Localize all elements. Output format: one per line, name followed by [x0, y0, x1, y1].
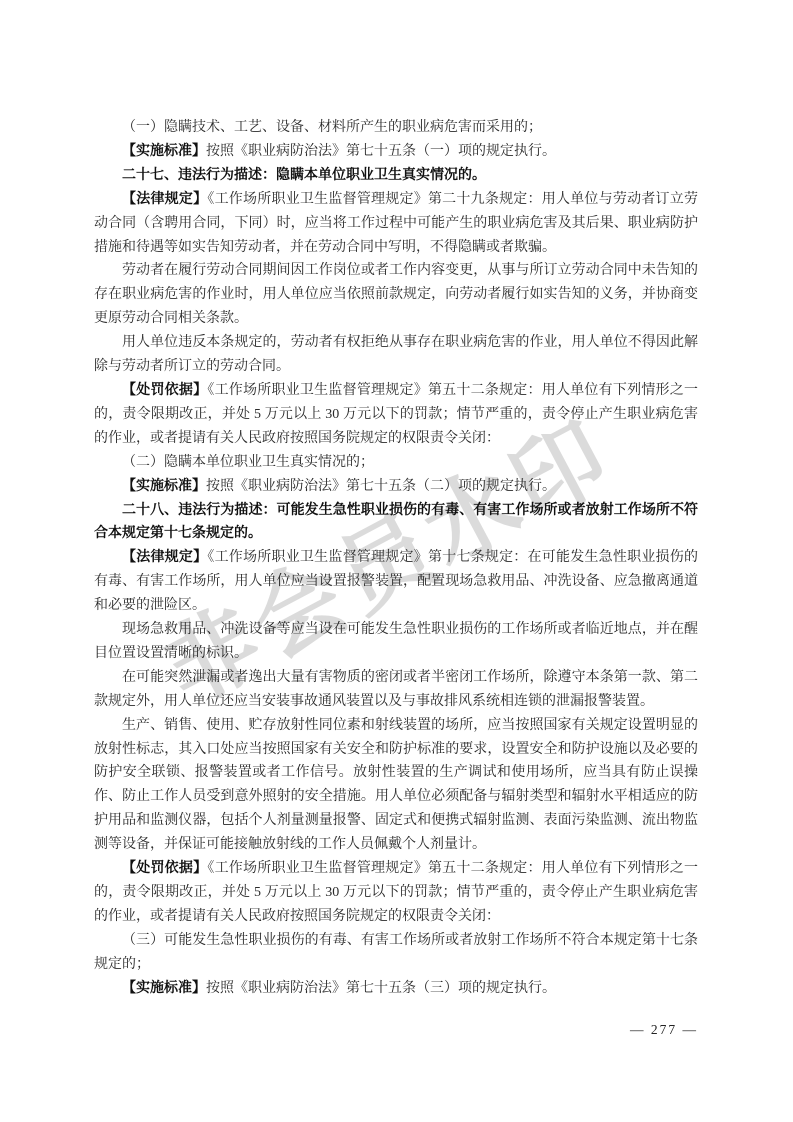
page-number: — 277 — — [630, 1022, 698, 1038]
list-item-paragraph: （三）可能发生急性职业损伤的有毒、有害工作场所或者放射工作场所不符合本规定第十七… — [94, 929, 698, 977]
list-item-paragraph: （一）隐瞒技术、工艺、设备、材料所产生的职业病危害而采用的； — [94, 116, 698, 140]
paragraph-text: 生产、销售、使用、贮存放射性同位素和射线装置的场所，应当按照国家有关规定设置明显… — [94, 718, 698, 853]
paragraph-text: 二十七、违法行为描述：隐瞒本单位职业卫生真实情况的。 — [122, 168, 486, 183]
document-page: 非会员水印 （一）隐瞒技术、工艺、设备、材料所产生的职业病危害而采用的； 【实施… — [0, 0, 793, 1122]
body-paragraph: 在可能突然泄漏或者逸出大量有害物质的密闭或者半密闭工作场所，除遵守本条第一款、第… — [94, 666, 698, 714]
violation-heading-28: 二十八、违法行为描述：可能发生急性职业损伤的有毒、有害工作场所或者放射工作场所不… — [94, 499, 698, 547]
paragraph-text: 现场急救用品、冲洗设备等应当设在可能发生急性职业损伤的工作场所或者临近地点，并在… — [94, 622, 698, 661]
implementation-standard-paragraph: 【实施标准】按照《职业病防治法》第七十五条（一）项的规定执行。 — [94, 140, 698, 164]
penalty-basis-paragraph: 【处罚依据】《工作场所职业卫生监督管理规定》第五十二条规定：用人单位有下列情形之… — [94, 857, 698, 929]
paragraph-text: 按照《职业病防治法》第七十五条（三）项的规定执行。 — [206, 981, 556, 996]
implementation-standard-paragraph: 【实施标准】按照《职业病防治法》第七十五条（二）项的规定执行。 — [94, 475, 698, 499]
paragraph-label: 【实施标准】 — [122, 479, 206, 494]
paragraph-label: 【实施标准】 — [122, 981, 206, 996]
paragraph-text: 用人单位违反本条规定的，劳动者有权拒绝从事存在职业病危害的作业，用人单位不得因此… — [94, 335, 698, 374]
violation-heading-27: 二十七、违法行为描述：隐瞒本单位职业卫生真实情况的。 — [94, 164, 698, 188]
paragraph-text: 在可能突然泄漏或者逸出大量有害物质的密闭或者半密闭工作场所，除遵守本条第一款、第… — [94, 670, 698, 709]
paragraph-label: 【法律规定】 — [122, 192, 207, 207]
paragraph-label: 【处罚依据】 — [122, 383, 207, 398]
paragraph-text: 按照《职业病防治法》第七十五条（一）项的规定执行。 — [206, 144, 556, 159]
page-body-text: （一）隐瞒技术、工艺、设备、材料所产生的职业病危害而采用的； 【实施标准】按照《… — [94, 116, 698, 1001]
legal-provision-paragraph: 【法律规定】《工作场所职业卫生监督管理规定》第二十九条规定：用人单位与劳动者订立… — [94, 188, 698, 260]
body-paragraph: 劳动者在履行劳动合同期间因工作岗位或者工作内容变更，从事与所订立劳动合同中未告知… — [94, 259, 698, 331]
list-item-paragraph: （二）隐瞒本单位职业卫生真实情况的； — [94, 451, 698, 475]
paragraph-text: 二十八、违法行为描述：可能发生急性职业损伤的有毒、有害工作场所或者放射工作场所不… — [94, 503, 698, 542]
penalty-basis-paragraph: 【处罚依据】《工作场所职业卫生监督管理规定》第五十二条规定：用人单位有下列情形之… — [94, 379, 698, 451]
paragraph-label: 【实施标准】 — [122, 144, 206, 159]
paragraph-label: 【法律规定】 — [122, 550, 207, 565]
body-paragraph: 用人单位违反本条规定的，劳动者有权拒绝从事存在职业病危害的作业，用人单位不得因此… — [94, 331, 698, 379]
paragraph-text: 按照《职业病防治法》第七十五条（二）项的规定执行。 — [206, 479, 556, 494]
paragraph-text: （一）隐瞒技术、工艺、设备、材料所产生的职业病危害而采用的； — [122, 120, 542, 135]
legal-provision-paragraph: 【法律规定】《工作场所职业卫生监督管理规定》第十七条规定：在可能发生急性职业损伤… — [94, 546, 698, 618]
paragraph-text: 劳动者在履行劳动合同期间因工作岗位或者工作内容变更，从事与所订立劳动合同中未告知… — [94, 263, 698, 326]
implementation-standard-paragraph: 【实施标准】按照《职业病防治法》第七十五条（三）项的规定执行。 — [94, 977, 698, 1001]
paragraph-label: 【处罚依据】 — [122, 861, 207, 876]
paragraph-text: （二）隐瞒本单位职业卫生真实情况的； — [122, 455, 374, 470]
body-paragraph: 生产、销售、使用、贮存放射性同位素和射线装置的场所，应当按照国家有关规定设置明显… — [94, 714, 698, 857]
paragraph-text: （三）可能发生急性职业损伤的有毒、有害工作场所或者放射工作场所不符合本规定第十七… — [94, 933, 698, 972]
body-paragraph: 现场急救用品、冲洗设备等应当设在可能发生急性职业损伤的工作场所或者临近地点，并在… — [94, 618, 698, 666]
